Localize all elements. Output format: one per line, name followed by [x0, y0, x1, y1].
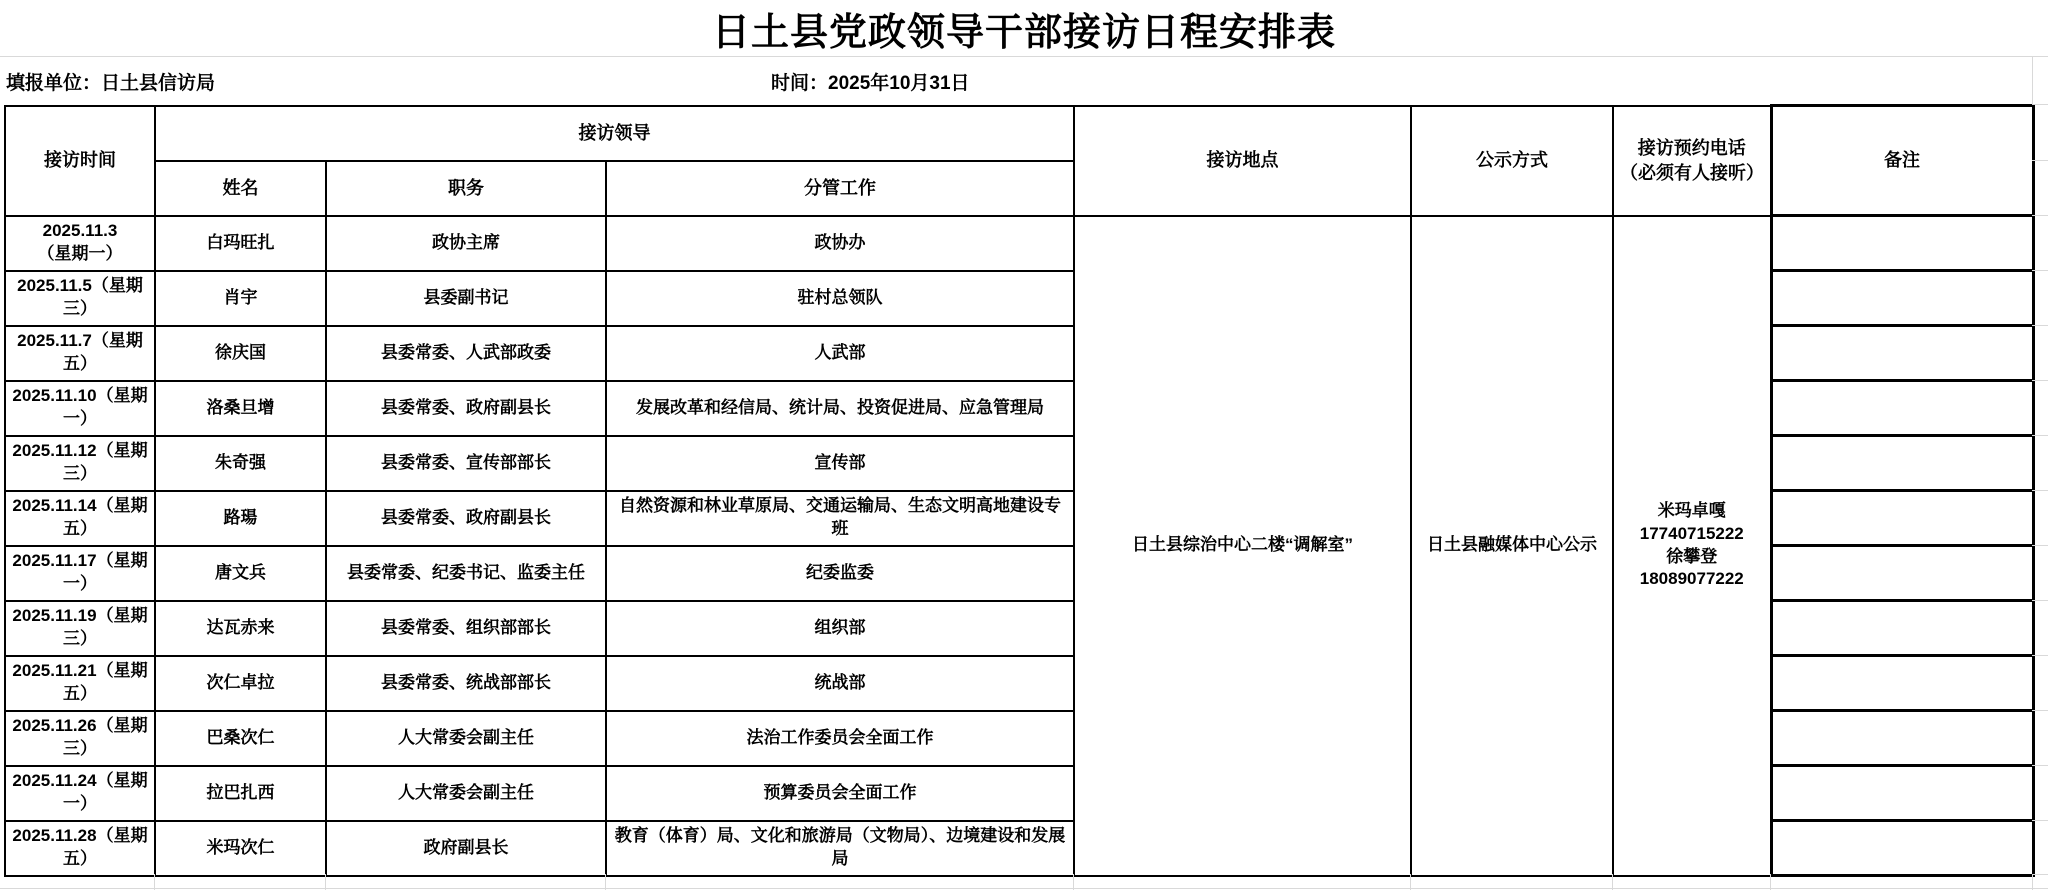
cell-remark	[1771, 491, 2033, 546]
cell-position: 人大常委会副主任	[326, 766, 606, 821]
cell-time: 2025.11.14（星期五）	[5, 491, 155, 546]
spreadsheet-gridline	[1770, 874, 1771, 890]
header-row-top: 接访时间 接访领导 接访地点 公示方式 接访预约电话（必须有人接听） 备注	[5, 106, 2033, 161]
cell-phone-merged: 米玛卓嘎 17740715222 徐攀登 18089077222	[1613, 216, 1771, 876]
cell-name: 米玛次仁	[155, 821, 326, 876]
cell-position: 县委常委、纪委书记、监委主任	[326, 546, 606, 601]
spreadsheet-gridline	[2032, 874, 2033, 890]
cell-remark	[1771, 436, 2033, 491]
spreadsheet-gridline	[2032, 820, 2048, 821]
cell-remark	[1771, 546, 2033, 601]
spreadsheet-gridline	[2032, 380, 2048, 381]
cell-work: 统战部	[606, 656, 1074, 711]
spreadsheet-gridline	[2032, 104, 2048, 105]
cell-position: 政府副县长	[326, 821, 606, 876]
cell-position: 县委常委、宣传部部长	[326, 436, 606, 491]
cell-position: 人大常委会副主任	[326, 711, 606, 766]
report-time-label: 时间：2025年10月31日	[771, 68, 970, 95]
header-phone: 接访预约电话（必须有人接听）	[1613, 106, 1771, 216]
cell-name: 巴桑次仁	[155, 711, 326, 766]
spreadsheet-gridline	[2032, 765, 2048, 766]
cell-remark	[1771, 766, 2033, 821]
header-remark: 备注	[1771, 106, 2033, 216]
schedule-table: 接访时间 接访领导 接访地点 公示方式 接访预约电话（必须有人接听） 备注 姓名…	[4, 104, 2035, 877]
cell-time: 2025.11.17（星期一）	[5, 546, 155, 601]
spreadsheet-gridline	[2032, 56, 2033, 104]
spreadsheet-gridline	[154, 874, 155, 890]
meta-row: 填报单位：日土县信访局 时间：2025年10月31日	[0, 56, 2048, 104]
spreadsheet-gridline	[605, 874, 606, 890]
cell-position: 县委常委、组织部部长	[326, 601, 606, 656]
spreadsheet-gridline	[1612, 874, 1613, 890]
spreadsheet-gridline	[325, 874, 326, 890]
cell-time: 2025.11.5（星期三）	[5, 271, 155, 326]
cell-work: 预算委员会全面工作	[606, 766, 1074, 821]
cell-remark	[1771, 711, 2033, 766]
cell-remark	[1771, 656, 2033, 711]
cell-remark	[1771, 326, 2033, 381]
spreadsheet-gridline	[2032, 710, 2048, 711]
cell-location-merged: 日土县综治中心二楼“调解室”	[1074, 216, 1411, 876]
cell-time: 2025.11.24（星期一）	[5, 766, 155, 821]
cell-position: 县委副书记	[326, 271, 606, 326]
cell-work: 政协办	[606, 216, 1074, 271]
cell-time: 2025.11.21（星期五）	[5, 656, 155, 711]
header-name: 姓名	[155, 161, 326, 216]
cell-remark	[1771, 821, 2033, 876]
cell-name: 唐文兵	[155, 546, 326, 601]
cell-name: 洛桑旦增	[155, 381, 326, 436]
spreadsheet-gridline	[2032, 600, 2048, 601]
cell-time: 2025.11.19（星期三）	[5, 601, 155, 656]
header-position: 职务	[326, 161, 606, 216]
cell-position: 县委常委、政府副县长	[326, 491, 606, 546]
cell-name: 路瑒	[155, 491, 326, 546]
cell-position: 县委常委、政府副县长	[326, 381, 606, 436]
cell-position: 县委常委、人武部政委	[326, 326, 606, 381]
cell-work: 组织部	[606, 601, 1074, 656]
page-title: 日土县党政领导干部接访日程安排表	[0, 0, 2048, 56]
spreadsheet-gridline	[2032, 435, 2048, 436]
spreadsheet-gridline	[2032, 270, 2048, 271]
cell-work: 纪委监委	[606, 546, 1074, 601]
header-work: 分管工作	[606, 161, 1074, 216]
cell-name: 白玛旺扎	[155, 216, 326, 271]
cell-publicity-merged: 日土县融媒体中心公示	[1411, 216, 1613, 876]
cell-remark	[1771, 216, 2033, 271]
cell-work: 人武部	[606, 326, 1074, 381]
cell-name: 徐庆国	[155, 326, 326, 381]
header-reception-leader: 接访领导	[155, 106, 1074, 161]
cell-time: 2025.11.3 （星期一）	[5, 216, 155, 271]
cell-name: 朱奇强	[155, 436, 326, 491]
cell-time: 2025.11.12（星期三）	[5, 436, 155, 491]
spreadsheet-gridline	[0, 888, 2048, 889]
cell-name: 肖宇	[155, 271, 326, 326]
table-header: 接访时间 接访领导 接访地点 公示方式 接访预约电话（必须有人接听） 备注 姓名…	[5, 106, 2033, 216]
cell-work: 发展改革和经信局、统计局、投资促进局、应急管理局	[606, 381, 1074, 436]
cell-time: 2025.11.26（星期三）	[5, 711, 155, 766]
spreadsheet-gridline	[2032, 215, 2048, 216]
cell-work: 教育（体育）局、文化和旅游局（文物局）、边境建设和发展局	[606, 821, 1074, 876]
header-location: 接访地点	[1074, 106, 1411, 216]
reporting-unit-label: 填报单位：日土县信访局	[6, 68, 215, 95]
cell-time: 2025.11.7（星期五）	[5, 326, 155, 381]
spreadsheet-gridline	[1073, 874, 1074, 890]
cell-name: 拉巴扎西	[155, 766, 326, 821]
cell-work: 法治工作委员会全面工作	[606, 711, 1074, 766]
header-reception-time: 接访时间	[5, 106, 155, 216]
cell-name: 达瓦赤来	[155, 601, 326, 656]
cell-remark	[1771, 381, 2033, 436]
spreadsheet-gridline	[2032, 325, 2048, 326]
spreadsheet-gridline	[0, 56, 2048, 57]
cell-time: 2025.11.28（星期五）	[5, 821, 155, 876]
cell-remark	[1771, 271, 2033, 326]
cell-name: 次仁卓拉	[155, 656, 326, 711]
spreadsheet-gridline	[2032, 490, 2048, 491]
table-body: 2025.11.3 （星期一）白玛旺扎政协主席政协办日土县综治中心二楼“调解室”…	[5, 216, 2033, 876]
cell-remark	[1771, 601, 2033, 656]
cell-position: 政协主席	[326, 216, 606, 271]
spreadsheet-page: { "page": { "title": "日土县党政领导干部接访日程安排表",…	[0, 0, 2048, 890]
spreadsheet-gridline	[2032, 655, 2048, 656]
cell-work: 宣传部	[606, 436, 1074, 491]
header-publicity: 公示方式	[1411, 106, 1613, 216]
cell-work: 驻村总领队	[606, 271, 1074, 326]
cell-work: 自然资源和林业草原局、交通运输局、生态文明高地建设专班	[606, 491, 1074, 546]
table-row: 2025.11.3 （星期一）白玛旺扎政协主席政协办日土县综治中心二楼“调解室”…	[5, 216, 2033, 271]
cell-time: 2025.11.10（星期一）	[5, 381, 155, 436]
spreadsheet-gridline	[2032, 874, 2048, 875]
spreadsheet-gridline	[1410, 874, 1411, 890]
spreadsheet-gridline	[2032, 160, 2048, 161]
cell-position: 县委常委、统战部部长	[326, 656, 606, 711]
spreadsheet-gridline	[2032, 545, 2048, 546]
